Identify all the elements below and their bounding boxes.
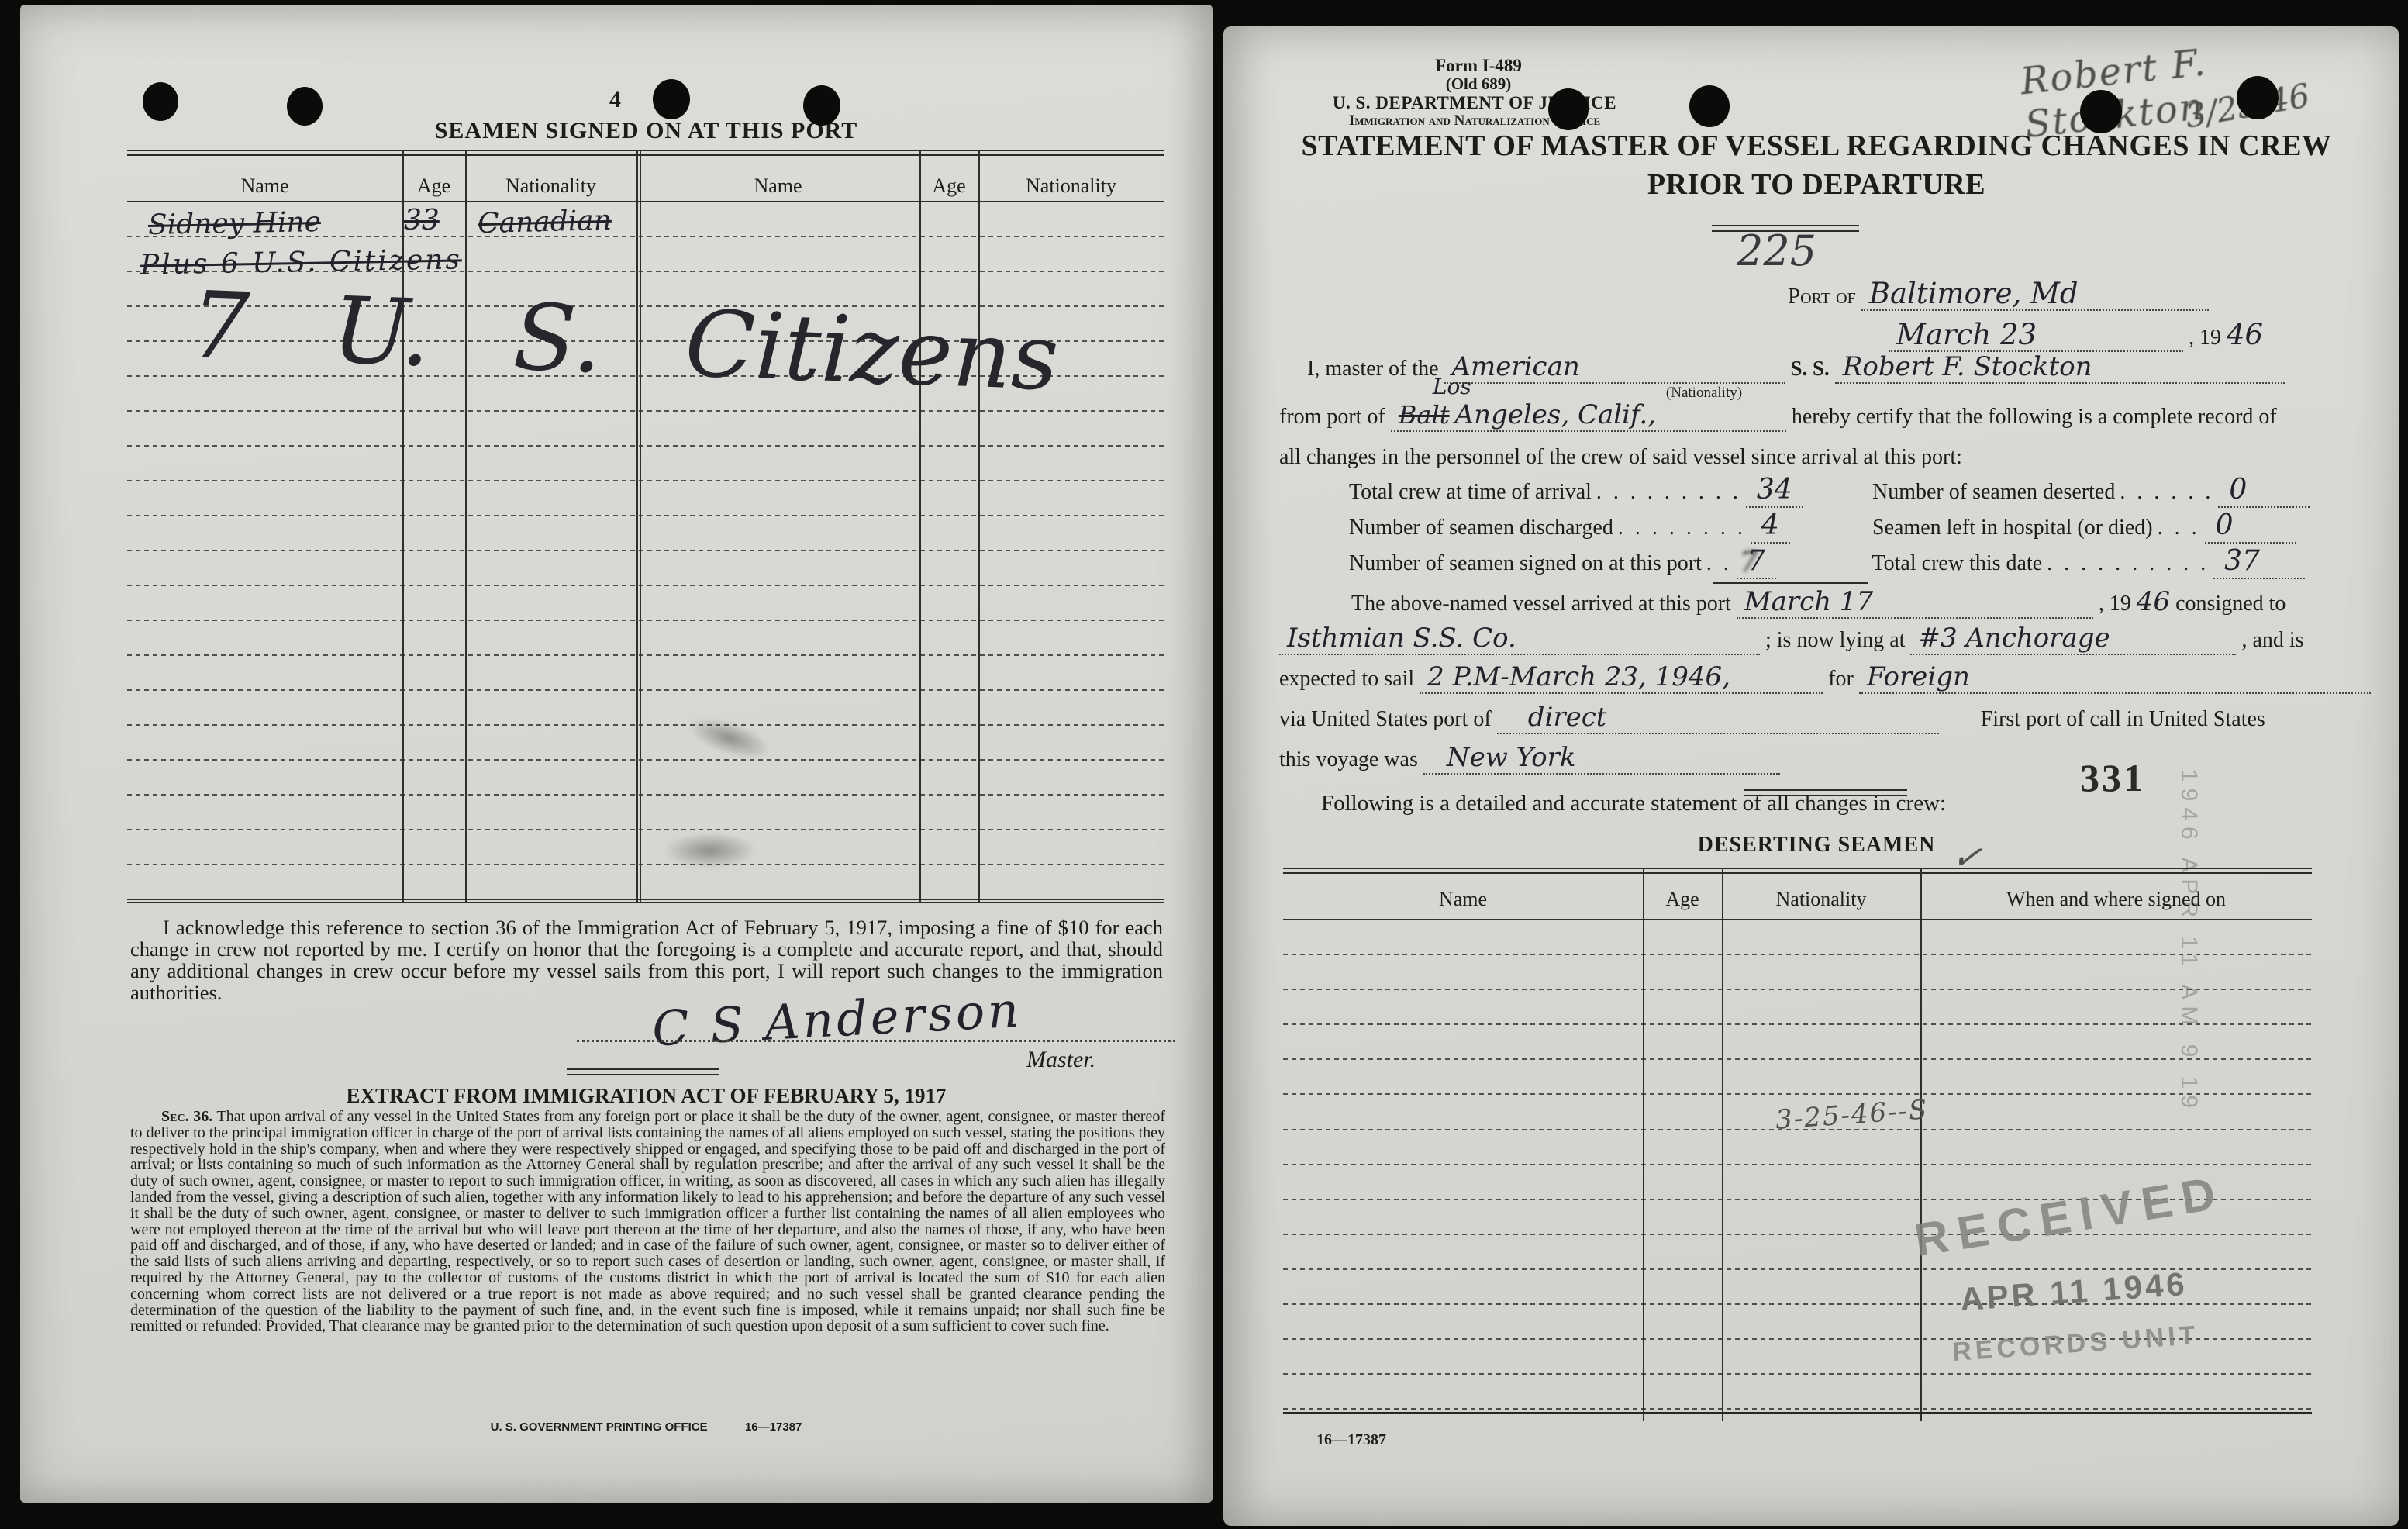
stat-label: Total crew at time of arrival [1349,480,1592,504]
arrival-line-2: Isthmian S.S. Co. ; is now lying at #3 A… [1279,626,2304,655]
department-name: U. S. DEPARTMENT OF JUSTICE [1257,93,1692,112]
stat-label: Number of seamen signed on at this port [1349,551,1702,575]
destination-field: Foreign [1859,665,2371,694]
table-row [127,621,1164,656]
footer-form-number: 16—17387 [1316,1431,1386,1449]
arrival-text: ; is now lying at [1765,628,1905,652]
from-port-label: from port of [1279,405,1385,429]
stat-value-text: 34 [1757,474,1792,506]
arrival-text: , 19 [2099,592,2131,616]
column-header-age2: Age [919,174,978,198]
table-row [1283,920,2312,955]
stat-value: 4 [1751,515,1790,544]
form-title-line1: STATEMENT OF MASTER OF VESSEL REGARDING … [1301,129,2332,163]
column-header-age: Age [1643,888,1722,911]
table-row [1283,990,2312,1025]
table-row [1283,1235,2312,1270]
port-field: Baltimore, Md [1861,281,2209,311]
leader-dots: . . . . . . . . [1613,516,1751,540]
certify-text2: all changes in the personnel of the crew… [1279,445,1962,470]
stat-discharged: Number of seamen discharged. . . . . . .… [1349,515,1867,544]
stat-value: 0 [2218,479,2310,508]
stat-total-crew: Total crew this date. . . . . . . . . .3… [1872,551,2306,575]
punch-hole [803,85,840,126]
table-row [127,516,1164,551]
via-port-value: direct [1528,702,1607,733]
stat-value-text: 7 [1747,545,1765,577]
signature-line [577,1040,1175,1042]
stats-row-2: Number of seamen discharged. . . . . . .… [1349,515,2296,544]
table-row [127,691,1164,726]
ink-smudge [664,833,757,868]
consignee-value: Isthmian S.S. Co. [1287,623,1516,654]
left-page-title: SEAMEN SIGNED ON AT THIS PORT [129,118,1164,144]
arrival-text: , and is [2241,628,2303,652]
date-value: March 23 [1896,318,2037,351]
date-year: 46 [2227,318,2263,351]
table-row [1283,1025,2312,1060]
stats-row-1: Total crew at time of arrival. . . . . .… [1349,479,2310,508]
port-line: Port of Baltimore, Md [1788,281,2209,311]
punch-hole [1548,88,1589,130]
table-top-rule [1283,868,2312,874]
stat-value-text: 37 [2224,545,2260,577]
table-row [127,586,1164,621]
table-row [127,481,1164,516]
port-value: Baltimore, Md [1869,277,2079,310]
arrival-date-field: March 17 [1737,590,2093,619]
extract-body: Sec. 36. That upon arrival of any vessel… [130,1109,1165,1334]
master-prefix: I, master of the [1307,357,1439,381]
stat-signed-on: Number of seamen signed on at this port.… [1349,551,1867,579]
arrival-text: First port of call in United States [1981,707,2265,731]
column-header-name: Name [127,174,402,198]
scanned-document: 4 SEAMEN SIGNED ON AT THIS PORT Name Age… [0,0,2408,1529]
table-row [127,447,1164,481]
table-top-rule [127,150,1164,156]
lying-at-field: #3 Anchorage [1910,626,2236,655]
sail-time-value: 2 P.M-March 23, 1946, [1427,661,1730,692]
date-field: March 23 [1889,322,2183,352]
arrival-line-1: The above-named vessel arrived at this p… [1351,586,2286,619]
leader-dots: . . . [2153,516,2205,540]
nationality-field: American [1444,355,1785,384]
from-port-value: Angeles, Calif., [1455,399,1656,430]
extract-heading: EXTRACT FROM IMMIGRATION ACT OF FEBRUARY… [129,1084,1164,1108]
stat-value: 34 [1746,479,1803,508]
from-port-inserted: Los [1433,377,1471,396]
punch-hole [2080,90,2122,133]
arrival-line-5: this voyage was New York [1279,746,1780,775]
stat-value: 0 [2205,515,2296,544]
table-bottom-rule [1283,1412,2312,1414]
stamp-331: 331 [2080,755,2145,800]
destination-value: Foreign [1867,661,1970,692]
lying-at-value: #3 Anchorage [1918,623,2110,654]
gpo-number: 16—17387 [745,1420,802,1434]
table-row [127,656,1164,691]
stat-deserted: Number of seamen deserted. . . . . .0 [1872,480,2310,504]
via-port-field: direct [1497,706,1939,734]
arrival-text: consigned to [2175,592,2286,616]
arrival-line-3: expected to sail 2 P.M-March 23, 1946, f… [1279,665,2371,694]
section-label: Sec. 36. [161,1108,212,1125]
form-number: Form I-489 [1358,56,1599,75]
arrival-line-4: via United States port of direct First p… [1279,706,2265,734]
left-page: 4 SEAMEN SIGNED ON AT THIS PORT Name Age… [20,5,1213,1503]
column-header-nationality: Nationality [465,174,636,198]
table-bottom-rule [127,899,1164,903]
handwritten-crew-nationality: Canadian [477,205,612,240]
table-row [127,830,1164,865]
right-page: Form I-489 (Old 689) U. S. DEPARTMENT OF… [1223,26,2399,1526]
table-row [127,796,1164,830]
table-row [127,551,1164,586]
gpo-line: U. S. GOVERNMENT PRINTING OFFICE [491,1420,708,1434]
arrival-text: this voyage was [1279,747,1418,771]
table-row [1283,1060,2312,1095]
column-header-name2: Name [636,174,919,198]
column-header-name: Name [1283,888,1643,911]
stat-label: Number of seamen deserted [1872,480,2115,504]
first-port-field: New York [1423,746,1780,775]
from-port-field: Balt Los Angeles, Calif., [1391,403,1786,432]
column-header-age: Age [402,174,465,198]
punch-hole [1689,85,1730,127]
stray-rule [567,1068,719,1075]
sail-time-field: 2 P.M-March 23, 1946, [1420,665,1823,694]
arrival-text: The above-named vessel arrived at this p… [1351,592,1731,616]
handwritten-crew-name: Sidney Hine [148,206,322,241]
table-row [1283,1375,2312,1410]
vessel-value: Robert F. Stockton [1843,351,2092,382]
stat-rule [1713,582,1868,584]
date-printed: , 19 [2189,326,2221,350]
gpo-footer: U. S. GOVERNMENT PRINTING OFFICE 16—1738… [129,1420,1164,1434]
form-title-line2: PRIOR TO DEPARTURE [1301,167,2332,202]
consignee-field: Isthmian S.S. Co. [1279,626,1760,655]
table-row [127,761,1164,796]
stat-hospital: Seamen left in hospital (or died). . .0 [1872,516,2296,540]
stats-row-3: Number of seamen signed on at this port.… [1349,551,2305,579]
leader-dots: . . . . . . . . . [1592,480,1746,504]
from-port-struck: Balt [1399,400,1450,430]
column-header-signed-on: When and where signed on [1920,888,2312,911]
punch-hole [653,79,690,119]
certify-text: hereby certify that the following is a c… [1792,405,2277,429]
leader-dots: . . . . . . . . . . [2042,551,2213,575]
stat-label: Total crew this date [1872,551,2043,575]
table-row [1283,1130,2312,1165]
extract-text: That upon arrival of any vessel in the U… [130,1108,1165,1334]
stat-label: Number of seamen discharged [1349,516,1613,540]
stat-value: 37 [2213,551,2305,579]
column-header-nationality2: Nationality [978,174,1164,198]
stat-value-text: 4 [1761,509,1779,541]
table-row [1283,955,2312,990]
signature-role-label: Master. [1026,1047,1095,1073]
leader-dots: . . . . . . [2115,480,2218,504]
port-label: Port of [1788,284,1856,309]
stat-label: Seamen left in hospital (or died) [1872,516,2153,540]
page-number: 4 [609,87,621,113]
following-line: Following is a detailed and accurate sta… [1321,791,1946,816]
first-port-value: New York [1447,742,1576,773]
handwritten-number-225: 225 [1737,226,1816,275]
arrival-text: expected to sail [1279,667,1414,691]
table-row [127,412,1164,447]
handwritten-crew-age: 33 [404,205,440,236]
stat-value-text: 0 [2229,474,2247,506]
service-name: Immigration and Naturalization Service [1242,113,1707,129]
from-port-line: from port of Balt Los Angeles, Calif., h… [1279,403,2277,432]
arrival-date-value: March 17 [1744,586,1873,617]
stat-value: 7 [1737,551,1776,579]
vessel-field: Robert F. Stockton [1835,355,2285,384]
arrival-year-value: 46 [2137,586,2170,617]
stat-value-text: 0 [2216,509,2234,541]
arrival-text: for [1828,667,1854,691]
column-header-nationality: Nationality [1722,888,1920,911]
punch-hole [287,87,323,126]
punch-hole [2237,76,2279,119]
deserting-seamen-title: DESERTING SEAMEN [1301,833,2332,858]
table-row [127,726,1164,761]
stat-arrival: Total crew at time of arrival. . . . . .… [1349,479,1867,508]
ss-label: S. S. [1791,357,1830,380]
table-row [127,865,1164,900]
date-line: March 23 , 19 46 [1889,318,2263,352]
arrival-text: via United States port of [1279,707,1492,731]
punch-hole [143,82,178,121]
leader-dots: . . [1702,551,1737,575]
